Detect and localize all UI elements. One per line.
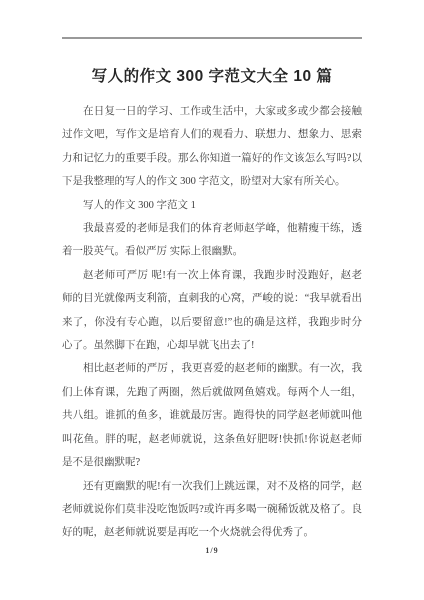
page-number-indicator: 1/9 [0, 546, 424, 555]
body-paragraph: 相比赵老师的严厉 ，我更喜爱的赵老师的幽默。有一次，我们上体育课，先跑了两圈，然… [62, 357, 362, 474]
body-paragraph: 在日复一日的学习、工作或生活中，大家或多或少都会接触过作文吧，写作文是培育人们的… [62, 100, 362, 194]
body-paragraph: 赵老师可严厉 呢!有一次上体育课，我跑步时没跑好，赵老师的目光就像两支利箭，直刺… [62, 264, 362, 358]
document-page: 写人的作文 300 字范文大全 10 篇 在日复一日的学习、工作或生活中，大家或… [0, 0, 424, 600]
body-paragraph: 我最喜爱的老师是我们的体育老师赵学峰，他精瘦干练，透着一股英气。看似严厉 实际上… [62, 217, 362, 264]
document-body: 在日复一日的学习、工作或生活中，大家或多或少都会接触过作文吧，写作文是培育人们的… [62, 100, 362, 545]
header-divider [62, 37, 362, 39]
body-paragraph: 还有更幽默的呢!有一次我们上跳远课，对不及格的同学，赵老师就说你们莫非没吃饱饭吗… [62, 475, 362, 545]
section-heading: 写人的作文 300 字范文 1 [62, 194, 362, 217]
document-title: 写人的作文 300 字范文大全 10 篇 [0, 64, 424, 86]
